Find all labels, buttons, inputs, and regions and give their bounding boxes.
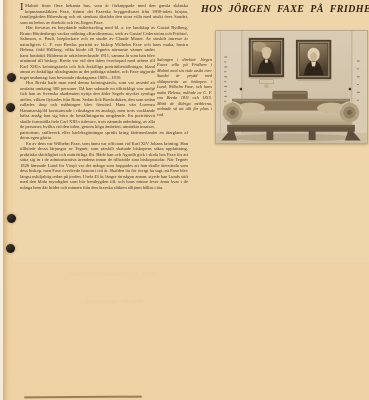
page-showthrough: NILS STIFTELSE GRUNDAD [70,272,156,277]
photo-caption: Salongen i direktör Jörgen Faxes villa p… [157,57,212,117]
article-paragraph: En av dem var Wilhelm Faxe, som ännu var… [20,141,188,191]
page-bottom-edge [24,396,142,399]
article-headline: HOS JÖRGEN FAXE PÅ FRIDHEM [201,4,369,15]
page-showthrough: MALMO HISTORIA [85,300,143,305]
album-page: HOS JÖRGEN FAXE PÅ FRIDHEM IMalmö finns … [0,0,369,400]
salon-photo [215,30,368,144]
page-edge-shadow [3,0,9,400]
